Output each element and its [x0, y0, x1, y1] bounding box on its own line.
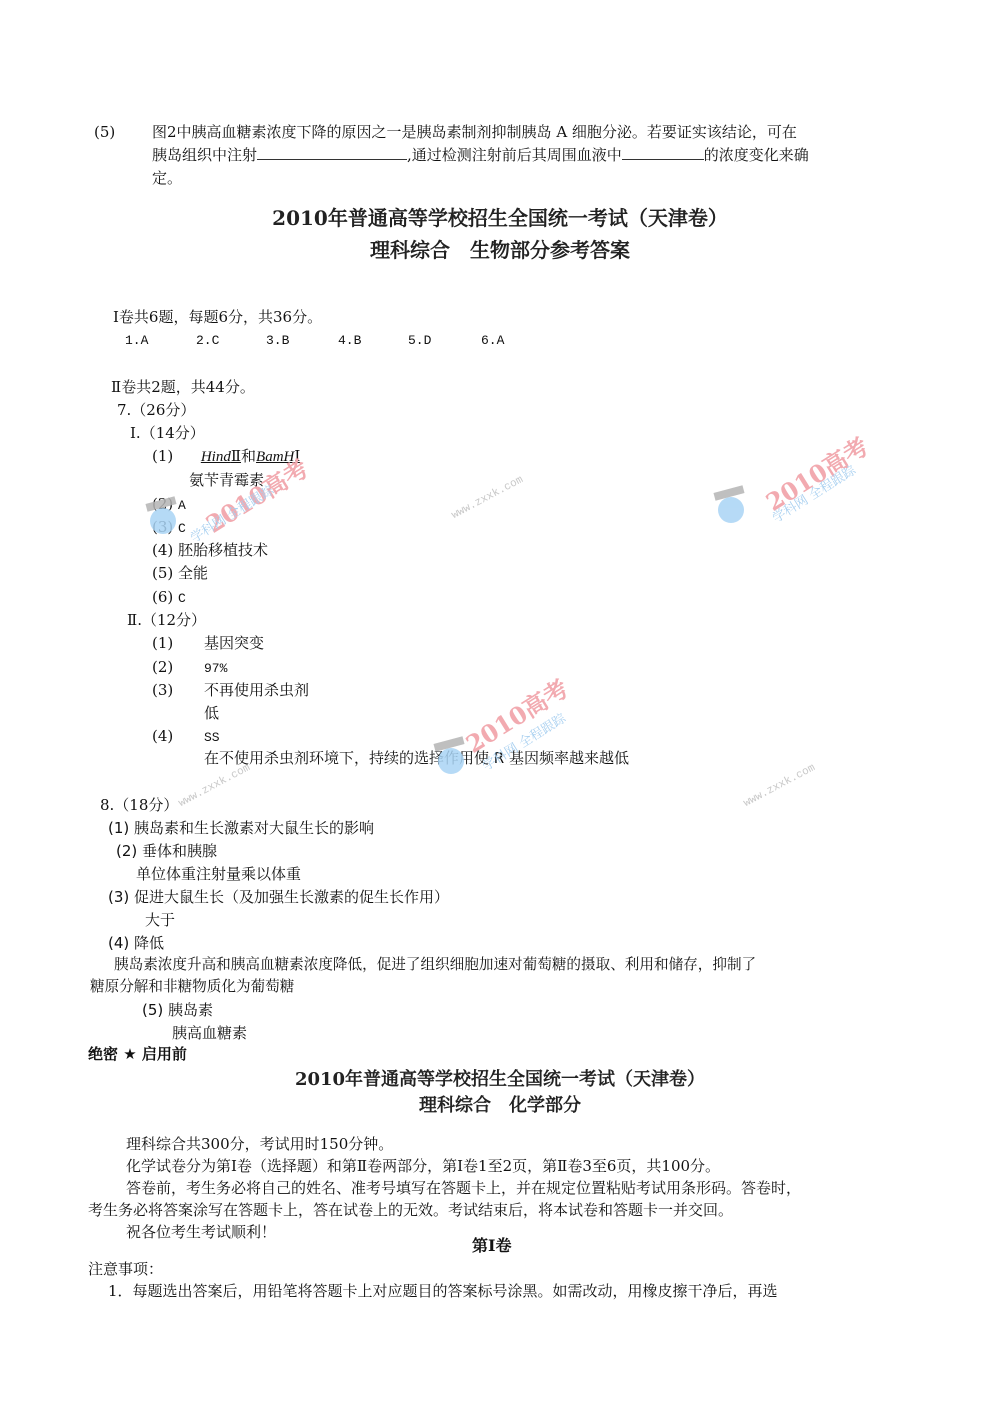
q5-text-line1: 图2中胰高血糖素浓度下降的原因之一是胰岛素制剂抑制胰岛 A 细胞分泌。若要证实该…	[152, 122, 797, 142]
bio-subtitle: 理科综合 生物部分参考答案	[0, 236, 1000, 264]
q8-item4-extra1: 胰岛素浓度升高和胰高血糖素浓度降低，促进了组织细胞加速对葡萄糖的摄取、利用和储存…	[114, 955, 756, 975]
q8-label: 8.（18分）	[100, 795, 178, 815]
watermark-url: www.zxxk.com	[450, 474, 526, 522]
q7-sec2-label: Ⅱ.（12分）	[127, 610, 206, 630]
q8-item5-extra: 胰高血糖素	[172, 1023, 247, 1043]
q8-item1: (1) 胰岛素和生长激素对大鼠生长的影响	[108, 818, 374, 838]
chem-subtitle: 理科综合 化学部分	[0, 1092, 1000, 1120]
q8-item4-extra2: 糖原分解和非糖物质化为葡萄糖	[90, 977, 294, 997]
mascot-watermark-icon	[718, 497, 744, 523]
q5-text-part-c: 的浓度变化来确	[704, 146, 809, 164]
q5-text-part-b: ,通过检测注射前后其周围血液中	[407, 146, 622, 164]
q8-item3: (3) 促进大鼠生长（及加强生长激素的促生长作用）	[108, 887, 449, 907]
part1-answers: 1.A2.C3.B4.B5.D6.A	[125, 331, 504, 351]
watermark-brand: 2010高考	[458, 669, 574, 760]
q8-item2-extra: 单位体重注射量乘以体重	[136, 864, 301, 884]
watermark-brand: 2010高考	[758, 427, 874, 518]
enzyme-bamh: BamH	[256, 449, 294, 465]
secret-label: 绝密 ★ 启用前	[88, 1044, 187, 1064]
q5-label: (5)	[94, 122, 115, 142]
q7-sec2-item2: (2)97%	[152, 657, 227, 679]
q5-text-line3: 定。	[152, 168, 182, 188]
chem-intro-p4: 祝各位考生考试顺利！	[126, 1222, 276, 1242]
watermark-url: www.zxxk.com	[177, 762, 253, 810]
mascot-watermark-icon	[150, 508, 176, 534]
chem-intro-p2: 化学试卷分为第Ⅰ卷（选择题）和第Ⅱ卷两部分，第Ⅰ卷1至2页，第Ⅱ卷3至6页，共1…	[126, 1156, 720, 1176]
chem-title: 2010年普通高等学校招生全国统一考试（天津卷）	[0, 1066, 1000, 1094]
q7-sec1-item5: (5) 全能	[152, 563, 208, 583]
enzyme-hind: Hind	[201, 449, 231, 465]
answer-4: 4.B	[338, 331, 408, 351]
q7-sec2-item4-extra: 在不使用杀虫剂环境下，持续的选择作用使 R 基因频率越来越低	[204, 748, 629, 768]
chem-intro-p3b: 考生务必将答案涂写在答题卡上，答在试卷上的无效。考试结束后，将本试卷和答题卡一并…	[88, 1200, 733, 1220]
q7-sec1-item1: (1) HindⅡ和BamHⅠ	[152, 446, 300, 467]
part2-summary: Ⅱ卷共2题，共44分。	[111, 377, 255, 397]
q7-label: 7.（26分）	[117, 400, 195, 420]
chem-intro-p3a: 答卷前，考生务必将自己的姓名、准考号填写在答题卡上，并在规定位置粘贴考试用条形码…	[126, 1178, 801, 1198]
q8-item4: (4) 降低	[108, 933, 164, 953]
q7-sec1-item6: (6) C	[152, 587, 186, 609]
q8-item5: (5) 胰岛素	[142, 1000, 213, 1020]
answer-3: 3.B	[266, 331, 338, 351]
q7-sec2-item1: (1)基因突变	[152, 633, 264, 653]
q7-sec1-item4: (4) 胚胎移植技术	[152, 540, 268, 560]
bio-title: 2010年普通高等学校招生全国统一考试（天津卷）	[0, 204, 1000, 232]
answer-blank-blood	[622, 145, 704, 160]
q8-item2: (2) 垂体和胰腺	[116, 841, 217, 861]
q7-sec2-item3: (3)不再使用杀虫剂	[152, 680, 309, 700]
q7-sec1-item1-extra: 氨苄青霉素	[189, 470, 264, 490]
chem-intro-p1: 理科综合共300分，考试用时150分钟。	[126, 1134, 393, 1154]
q5-text-line2: 胰岛组织中注射,通过检测注射前后其周围血液中的浓度变化来确	[152, 145, 809, 165]
q7-sec2-item3-extra: 低	[204, 703, 219, 723]
part1-summary: Ⅰ卷共6题，每题6分，共36分。	[113, 307, 322, 327]
notes-item1: 1．每题选出答案后，用铅笔将答题卡上对应题目的答案标号涂黑。如需改动，用橡皮擦干…	[108, 1281, 778, 1301]
vol1-heading: 第Ⅰ卷	[472, 1236, 512, 1256]
watermark-url: www.zxxk.com	[742, 762, 818, 810]
answer-5: 5.D	[408, 331, 481, 351]
mascot-watermark-icon	[438, 748, 464, 774]
q5-text-part-a: 胰岛组织中注射	[152, 146, 257, 164]
answer-6: 6.A	[481, 331, 504, 351]
answer-2: 2.C	[196, 331, 266, 351]
q8-item3-extra: 大于	[145, 910, 175, 930]
answer-1: 1.A	[125, 331, 196, 351]
q7-sec2-item4: (4)SS	[152, 726, 220, 748]
q7-sec1-label: Ⅰ.（14分）	[130, 423, 205, 443]
answer-blank-injection	[257, 145, 407, 160]
watermark-brand-sub: 学科网 全程跟踪	[768, 460, 859, 527]
notes-label: 注意事项：	[88, 1259, 163, 1279]
